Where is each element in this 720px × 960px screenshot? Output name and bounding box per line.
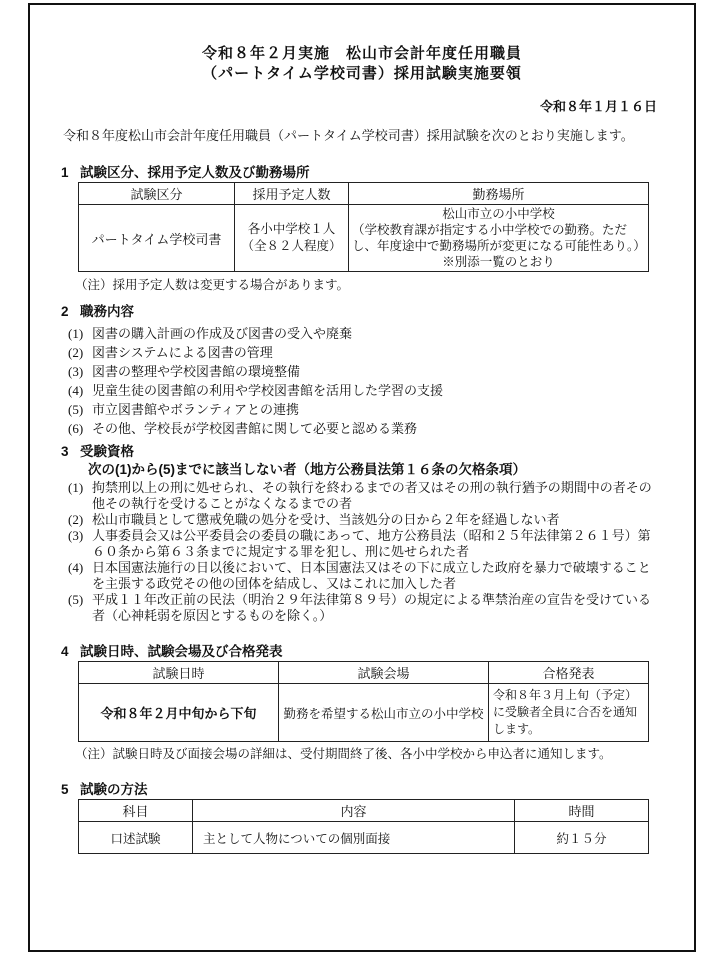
section3-subheading: 次の(1)から(5)までに該当しない者（地方公務員法第１６条の欠格条項） <box>88 462 658 478</box>
item-number: (5) <box>68 400 83 419</box>
section2-heading-text: 職務内容 <box>80 304 134 319</box>
item-text: 図書の購入計画の作成及び図書の受入や廃棄 <box>92 326 352 341</box>
col-header-exam-venue: 試験会場 <box>279 662 489 684</box>
section5-heading-text: 試験の方法 <box>80 782 148 797</box>
list-item: (1)拘禁刑以上の刑に処せられ、その執行を終わるまでの者又はその刑の執行猶予の期… <box>68 480 658 512</box>
item-text: その他、学校長が学校図書館に関して必要と認める業務 <box>92 421 417 436</box>
list-item: (4)日本国憲法施行の日以後において、日本国憲法又はその下に成立した政府を暴力で… <box>68 560 658 592</box>
table-header-row: 科目 内容 時間 <box>79 800 649 822</box>
item-number: (5) <box>68 592 83 608</box>
cell-exam-venue: 勤務を希望する松山市立の小中学校 <box>279 684 489 742</box>
item-number: (1) <box>68 324 83 343</box>
table-row: 令和８年２月中旬から下旬 勤務を希望する松山市立の小中学校 令和８年３月上旬（予… <box>79 684 649 742</box>
col-header-exam-datetime: 試験日時 <box>79 662 279 684</box>
item-number: (6) <box>68 419 83 438</box>
section4-number: 4 <box>61 644 80 659</box>
section4-note: （注）試験日時及び面接会場の詳細は、受付期間終了後、各小中学校から申込者に通知し… <box>75 747 654 761</box>
section1-heading-text: 試験区分、採用予定人数及び勤務場所 <box>80 165 310 180</box>
section1-heading: 1試験区分、採用予定人数及び勤務場所 <box>61 165 694 180</box>
list-item: (4)児童生徒の図書館の利用や学校図書館を活用した学習の支援 <box>68 381 658 400</box>
item-text: 松山市職員として懲戒免職の処分を受け、当該処分の日から２年を経過しない者 <box>92 512 559 527</box>
list-item: (5)平成１１年改正前の民法（明治２９年法律第８９号）の規定による準禁治産の宣告… <box>68 592 658 624</box>
exam-method-table: 科目 内容 時間 口述試験 主として人物についての個別面接 約１５分 <box>78 799 649 854</box>
issue-date: 令和８年１月１６日 <box>30 100 694 114</box>
section2-heading: 2職務内容 <box>61 304 694 319</box>
section3-heading-text: 受験資格 <box>80 444 134 459</box>
table-row: 口述試験 主として人物についての個別面接 約１５分 <box>79 822 649 854</box>
item-text: 人事委員会又は公平委員会の委員の職にあって、地方公務員法（昭和２５年法律第２６１… <box>92 528 651 559</box>
col-header-work-location: 勤務場所 <box>349 183 649 205</box>
duties-list: (1)図書の購入計画の作成及び図書の受入や廃棄 (2)図書システムによる図書の管… <box>68 324 658 438</box>
document-page: 令和８年２月実施 松山市会計年度任用職員 （パートタイム学校司書）採用試験実施要… <box>28 3 696 952</box>
section5-heading: 5試験の方法 <box>61 782 694 797</box>
cell-exam-category: パートタイム学校司書 <box>79 205 235 272</box>
cell-exam-datetime: 令和８年２月中旬から下旬 <box>79 684 279 742</box>
list-item: (2)松山市職員として懲戒免職の処分を受け、当該処分の日から２年を経過しない者 <box>68 512 658 528</box>
section5-number: 5 <box>61 782 80 797</box>
list-item: (5)市立図書館やボランティアとの連携 <box>68 400 658 419</box>
section3-heading: 3受験資格 <box>61 444 694 459</box>
quota-line-1: 各小中学校１人 <box>237 221 346 238</box>
item-number: (4) <box>68 381 83 400</box>
exam-category-table: 試験区分 採用予定人数 勤務場所 パートタイム学校司書 各小中学校１人 （全８２… <box>78 182 649 272</box>
item-text: 図書システムによる図書の管理 <box>92 345 273 360</box>
section3-number: 3 <box>61 444 80 459</box>
col-header-content: 内容 <box>193 800 515 822</box>
cell-work-location: 松山市立の小中学校 （学校教育課が指定する小中学校での勤務。ただし、年度途中で勤… <box>349 205 649 272</box>
quota-line-2: （全８２人程度） <box>237 238 346 255</box>
location-ref: ※別添一覧のとおり <box>352 254 645 270</box>
list-item: (6)その他、学校長が学校図書館に関して必要と認める業務 <box>68 419 658 438</box>
list-item: (1)図書の購入計画の作成及び図書の受入や廃棄 <box>68 324 658 343</box>
col-header-subject: 科目 <box>79 800 193 822</box>
cell-subject: 口述試験 <box>79 822 193 854</box>
item-number: (1) <box>68 480 83 496</box>
title-line-2: （パートタイム学校司書）採用試験実施要領 <box>30 64 694 84</box>
cell-duration: 約１５分 <box>515 822 649 854</box>
item-number: (4) <box>68 560 83 576</box>
section1-number: 1 <box>61 165 80 180</box>
section4-heading: 4試験日時、試験会場及び合格発表 <box>61 644 694 659</box>
location-main: 松山市立の小中学校 <box>352 206 645 222</box>
title-line-1: 令和８年２月実施 松山市会計年度任用職員 <box>30 44 694 64</box>
list-item: (3)人事委員会又は公平委員会の委員の職にあって、地方公務員法（昭和２５年法律第… <box>68 528 658 560</box>
location-note: （学校教育課が指定する小中学校での勤務。ただし、年度途中で勤務場所が変更になる可… <box>352 222 645 254</box>
col-header-exam-category: 試験区分 <box>79 183 235 205</box>
item-text: 図書の整理や学校図書館の環境整備 <box>92 364 300 379</box>
list-item: (3)図書の整理や学校図書館の環境整備 <box>68 362 658 381</box>
item-text: 日本国憲法施行の日以後において、日本国憲法又はその下に成立した政府を暴力で破壊す… <box>92 560 651 591</box>
item-text: 拘禁刑以上の刑に処せられ、その執行を終わるまでの者又はその刑の執行猶予の期間中の… <box>92 480 652 511</box>
section1-note: （注）採用予定人数は変更する場合があります。 <box>75 278 654 292</box>
item-number: (3) <box>68 362 83 381</box>
col-header-result-announcement: 合格発表 <box>489 662 649 684</box>
col-header-duration: 時間 <box>515 800 649 822</box>
eligibility-list: (1)拘禁刑以上の刑に処せられ、その執行を終わるまでの者又はその刑の執行猶予の期… <box>68 480 658 624</box>
table-header-row: 試験区分 採用予定人数 勤務場所 <box>79 183 649 205</box>
table-header-row: 試験日時 試験会場 合格発表 <box>79 662 649 684</box>
item-number: (2) <box>68 343 83 362</box>
section4-heading-text: 試験日時、試験会場及び合格発表 <box>80 644 283 659</box>
table-row: パートタイム学校司書 各小中学校１人 （全８２人程度） 松山市立の小中学校 （学… <box>79 205 649 272</box>
cell-planned-hires: 各小中学校１人 （全８２人程度） <box>235 205 349 272</box>
item-text: 平成１１年改正前の民法（明治２９年法律第８９号）の規定による準禁治産の宣告を受け… <box>92 592 651 623</box>
item-text: 市立図書館やボランティアとの連携 <box>92 402 299 417</box>
cell-result-announcement: 令和８年３月上旬（予定）に受験者全員に合否を通知します。 <box>489 684 649 742</box>
list-item: (2)図書システムによる図書の管理 <box>68 343 658 362</box>
document-title: 令和８年２月実施 松山市会計年度任用職員 （パートタイム学校司書）採用試験実施要… <box>30 44 694 84</box>
section2-number: 2 <box>61 304 80 319</box>
exam-schedule-table: 試験日時 試験会場 合格発表 令和８年２月中旬から下旬 勤務を希望する松山市立の… <box>78 661 649 742</box>
item-text: 児童生徒の図書館の利用や学校図書館を活用した学習の支援 <box>92 383 443 398</box>
item-number: (2) <box>68 512 83 528</box>
cell-content: 主として人物についての個別面接 <box>193 822 515 854</box>
item-number: (3) <box>68 528 83 544</box>
col-header-planned-hires: 採用予定人数 <box>235 183 349 205</box>
intro-paragraph: 令和８年度松山市会計年度任用職員（パートタイム学校司書）採用試験を次のとおり実施… <box>63 128 658 144</box>
